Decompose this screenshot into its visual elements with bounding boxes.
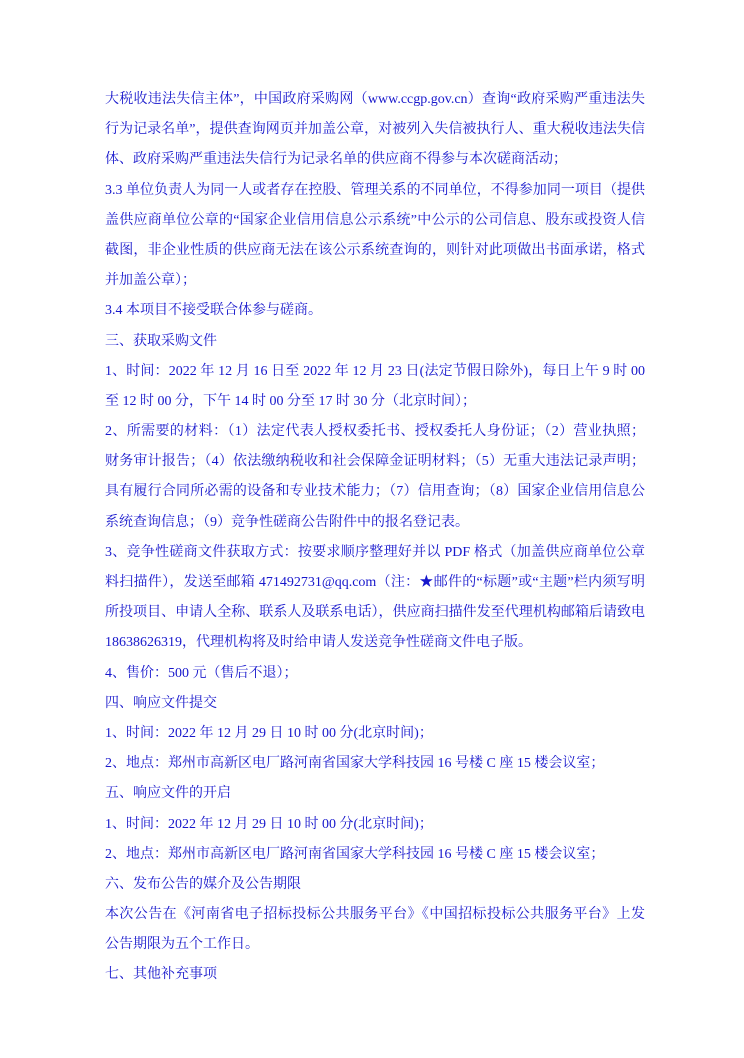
section-heading: 七、其他补充事项	[105, 960, 645, 990]
text-line: 3.4 本项目不接受联合体参与磋商。	[105, 296, 645, 326]
text-line: 所投项目、申请人全称、联系人及联系电话），供应商扫描件发至代理机构邮箱后请致电	[105, 598, 645, 628]
section-heading: 六、发布公告的媒介及公告期限	[105, 870, 645, 900]
text-line: 系统查询信息；（9）竞争性磋商公告附件中的报名登记表。	[105, 508, 645, 538]
text-line: 截图，非企业性质的供应商无法在该公示系统查询的，则针对此项做出书面承诺，格式自拟	[105, 236, 645, 266]
text-line: 并加盖公章）；	[105, 266, 645, 296]
text-line: 财务审计报告；（4）依法缴纳税收和社会保障金证明材料；（5）无重大违法记录声明；…	[105, 447, 645, 477]
text-line: 2、地点：郑州市高新区电厂路河南省国家大学科技园 16 号楼 C 座 15 楼会…	[105, 749, 645, 779]
text-line: 本次公告在《河南省电子招标投标公共服务平台》《中国招标投标公共服务平台》上发布，	[105, 900, 645, 930]
text-line: 1、时间：2022 年 12 月 16 日至 2022 年 12 月 23 日(…	[105, 357, 645, 387]
text-line: 3、竞争性磋商文件获取方式：按要求顺序整理好并以 PDF 格式（加盖供应商单位公…	[105, 538, 645, 568]
text-line: 4、售价：500 元（售后不退）；	[105, 659, 645, 689]
text-line: 具有履行合同所必需的设备和专业技术能力；（7）信用查询；（8）国家企业信用信息公…	[105, 477, 645, 507]
text-line: 料扫描件），发送至邮箱 471492731@qq.com（注：★邮件的“标题”或…	[105, 568, 645, 598]
text-line: 大税收违法失信主体”，中国政府采购网（www.ccgp.gov.cn）查询“政府…	[105, 85, 645, 115]
section-heading: 四、响应文件提交	[105, 689, 645, 719]
text-line: 2、地点：郑州市高新区电厂路河南省国家大学科技园 16 号楼 C 座 15 楼会…	[105, 840, 645, 870]
text-line: 行为记录名单”，提供查询网页并加盖公章，对被列入失信被执行人、重大税收违法失信主	[105, 115, 645, 145]
document-body: 大税收违法失信主体”，中国政府采购网（www.ccgp.gov.cn）查询“政府…	[105, 85, 645, 991]
text-line: 18638626319，代理机构将及时给申请人发送竞争性磋商文件电子版。	[105, 628, 645, 658]
text-line: 公告期限为五个工作日。	[105, 930, 645, 960]
text-line: 2、所需要的材料：（1）法定代表人授权委托书、授权委托人身份证；（2）营业执照；…	[105, 417, 645, 447]
text-line: 3.3 单位负责人为同一人或者存在控股、管理关系的不同单位，不得参加同一项目（提…	[105, 176, 645, 206]
text-line: 1、时间：2022 年 12 月 29 日 10 时 00 分(北京时间)；	[105, 810, 645, 840]
section-heading: 五、响应文件的开启	[105, 779, 645, 809]
text-line: 至 12 时 00 分，下午 14 时 00 分至 17 时 30 分（北京时间…	[105, 387, 645, 417]
procurement-announcement-page: 大税收违法失信主体”，中国政府采购网（www.ccgp.gov.cn）查询“政府…	[0, 0, 744, 1058]
text-line: 体、政府采购严重违法失信行为记录名单的供应商不得参与本次磋商活动；	[105, 145, 645, 175]
text-line: 盖供应商单位公章的“国家企业信用信息公示系统”中公示的公司信息、股东或投资人信息	[105, 206, 645, 236]
text-line: 1、时间：2022 年 12 月 29 日 10 时 00 分(北京时间)；	[105, 719, 645, 749]
section-heading: 三、获取采购文件	[105, 327, 645, 357]
